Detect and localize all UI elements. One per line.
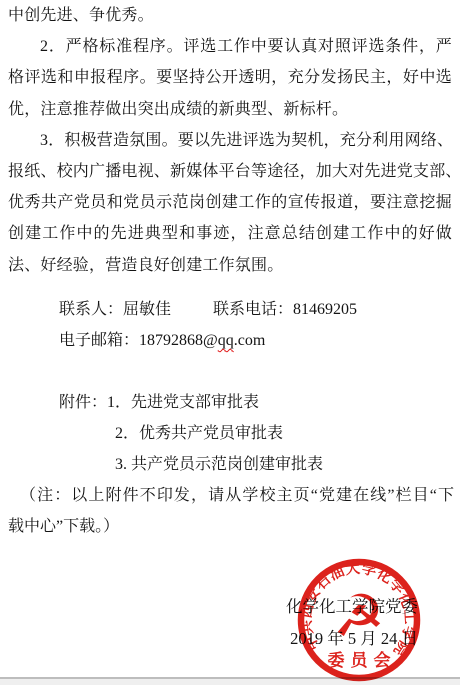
email-address: 18792868@	[139, 332, 218, 349]
hammer-sickle-icon: ☭	[333, 582, 385, 650]
attachments-label: 附件：	[59, 394, 107, 411]
seal-graphic: 中共西安石油大学化学化工学院 ☭ 委员会	[294, 556, 424, 685]
body-line: 优秀共产党员和党员示范岗创建工作的宣传报道，要注意挖掘	[8, 187, 452, 218]
document-body: 中创先进、争优秀。 2．严格标准程序。评选工作中要认真对照评选条件，严 格评选和…	[8, 0, 452, 281]
note-block: （注：以上附件不印发，请从学校主页“党建在线”栏目“下 载中心”下载。）	[8, 480, 454, 542]
body-line: 3．积极营造氛围。要以先进评选为契机，充分利用网络、	[8, 125, 452, 156]
contact-row: 联系人：屈敏佳联系电话：81469205	[59, 294, 357, 325]
body-line: 2．严格标准程序。评选工作中要认真对照评选条件，严	[8, 31, 452, 62]
note-line: （注：以上附件不印发，请从学校主页“党建在线”栏目“下	[8, 480, 454, 511]
email-label: 电子邮箱：	[59, 332, 139, 349]
attachment-item: 1．先进党支部审批表	[107, 394, 259, 411]
contact-person-name: 屈敏佳	[123, 301, 171, 318]
attachment-line: 附件：1．先进党支部审批表	[59, 387, 323, 418]
seal-bottom-text: 委员会	[328, 650, 397, 670]
contact-email-row: 电子邮箱：18792868@qq.com	[59, 325, 357, 356]
attachment-line: 3. 共产党员示范岗创建审批表	[115, 449, 323, 480]
contact-phone-number: 81469205	[293, 301, 357, 318]
body-line: 报纸、校内广播电视、新媒体平台等途径，加大对先进党支部、	[8, 156, 452, 187]
note-line: 载中心”下载。）	[8, 511, 454, 542]
email-suffix: .com	[234, 332, 266, 349]
body-line: 法、好经验，营造良好创建工作氛围。	[8, 250, 452, 281]
body-line: 创建工作中的先进典型和事迹，注意总结创建工作中的好做	[8, 218, 452, 249]
contact-block: 联系人：屈敏佳联系电话：81469205 电子邮箱：18792868@qq.co…	[59, 294, 357, 356]
attachment-line: 2．优秀共产党员审批表	[115, 418, 323, 449]
contact-phone-label: 联系电话：	[213, 301, 293, 318]
email-spellcheck-flagged: qq	[218, 332, 234, 349]
body-line: 格评选和申报程序。要坚持公开透明，充分发扬民主，好中选	[8, 62, 452, 93]
body-line: 中创先进、争优秀。	[8, 0, 452, 31]
body-line: 优，注意推荐做出突出成绩的新典型、新标杆。	[8, 94, 452, 125]
contact-person-label: 联系人：	[59, 301, 123, 318]
official-seal: 中共西安石油大学化学化工学院 ☭ 委员会	[294, 556, 424, 685]
attachments-block: 附件：1．先进党支部审批表 2．优秀共产党员审批表 3. 共产党员示范岗创建审批…	[59, 387, 323, 481]
